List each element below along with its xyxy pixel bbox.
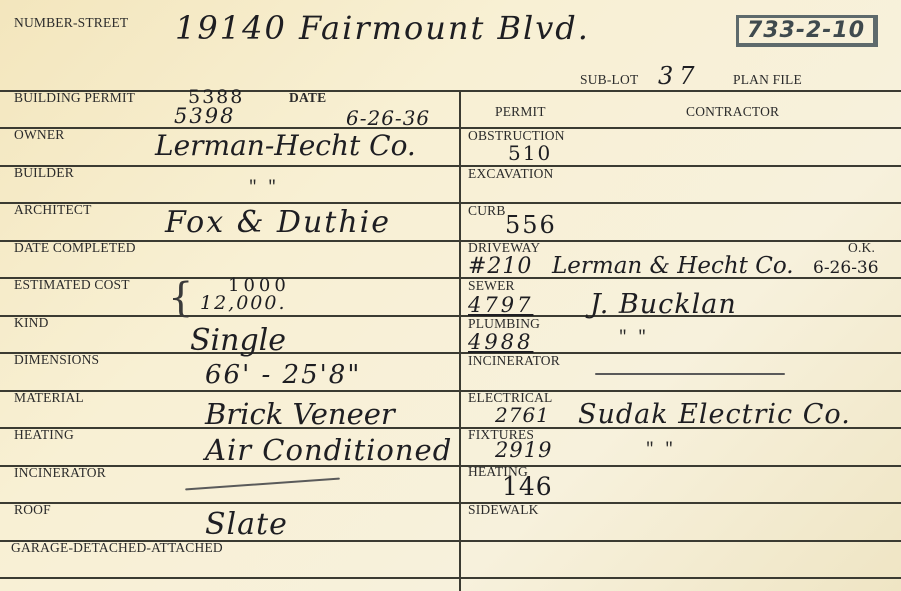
obstruction-permit: 510 xyxy=(508,143,552,163)
heating-permit: 146 xyxy=(502,474,553,499)
plumbing-permit: 4988 xyxy=(468,332,533,353)
garage-label: GARAGE-DETACHED-ATTACHED xyxy=(11,541,223,555)
date-label: DATE xyxy=(289,91,326,105)
curb-label: CURB xyxy=(468,204,506,218)
fixtures-ditto: " " xyxy=(645,440,674,458)
rule xyxy=(0,502,901,504)
builder-ditto: " " xyxy=(248,178,277,196)
dimensions-label: DIMENSIONS xyxy=(14,353,99,367)
date-value: 6-26-36 xyxy=(346,108,430,128)
kind-value: Single xyxy=(190,326,286,356)
driveway-permit: #210 xyxy=(468,256,532,278)
material-value: Brick Veneer xyxy=(205,400,395,429)
dimensions-value: 66' - 25'8" xyxy=(205,362,361,388)
rule xyxy=(0,577,901,579)
excavation-label: EXCAVATION xyxy=(468,167,554,181)
electrical-permit: 2761 xyxy=(495,405,550,425)
permit-column-header: PERMIT xyxy=(495,105,546,119)
cost-brace: { xyxy=(168,278,193,318)
rule xyxy=(0,202,901,204)
electrical-contractor: Sudak Electric Co. xyxy=(578,401,851,428)
sidewalk-label: SIDEWALK xyxy=(468,503,539,517)
building-permit-label: BUILDING PERMIT xyxy=(14,91,135,105)
rule xyxy=(0,90,901,92)
curb-permit: 556 xyxy=(505,213,557,237)
rule xyxy=(0,352,901,354)
plumbing-ditto: " " xyxy=(618,328,647,346)
heating-label: HEATING xyxy=(14,428,74,442)
driveway-contractor: Lerman & Hecht Co. xyxy=(552,255,794,278)
plan-file-label: PLAN FILE xyxy=(733,73,802,87)
permit-card: NUMBER-STREET 19140 Fairmount Blvd. 733-… xyxy=(0,0,901,591)
incinerator-permit-label: INCINERATOR xyxy=(468,354,560,368)
estimated-cost-value-2: 12,000. xyxy=(200,294,287,313)
roof-value: Slate xyxy=(205,510,288,540)
incinerator-dash xyxy=(185,478,340,490)
material-label: MATERIAL xyxy=(14,391,84,405)
building-permit-value-2: 5398 xyxy=(174,106,235,127)
fixtures-permit: 2919 xyxy=(495,440,552,461)
builder-label: BUILDER xyxy=(14,166,74,180)
owner-value: Lerman-Hecht Co. xyxy=(155,132,416,160)
heating-value: Air Conditioned xyxy=(205,436,452,465)
roof-label: ROOF xyxy=(14,503,51,517)
number-street-label: NUMBER-STREET xyxy=(14,16,128,30)
number-street-value: 19140 Fairmount Blvd. xyxy=(175,12,590,44)
sewer-contractor: J. Bucklan xyxy=(590,291,737,318)
estimated-cost-label: ESTIMATED COST xyxy=(14,278,130,292)
driveway-date: 6-26-36 xyxy=(813,260,879,277)
rule xyxy=(0,390,901,392)
driveway-label: DRIVEWAY xyxy=(468,241,540,255)
architect-value: Fox & Duthie xyxy=(165,208,391,238)
file-number-stamp: 733-2-10 xyxy=(736,15,878,47)
contractor-column-header: CONTRACTOR xyxy=(686,105,779,119)
sewer-permit: 4797 xyxy=(468,295,533,316)
date-completed-label: DATE COMPLETED xyxy=(14,241,136,255)
incinerator-label: INCINERATOR xyxy=(14,466,106,480)
architect-label: ARCHITECT xyxy=(14,203,92,217)
rule xyxy=(0,165,901,167)
sewer-label: SEWER xyxy=(468,279,515,293)
rule xyxy=(0,127,901,129)
kind-label: KIND xyxy=(14,316,49,330)
owner-label: OWNER xyxy=(14,128,65,142)
sub-lot-label: SUB-LOT xyxy=(580,73,638,87)
driveway-ok: O.K. xyxy=(848,241,875,255)
sub-lot-value: 37 xyxy=(658,64,701,88)
column-divider xyxy=(459,90,461,591)
incinerator-permit-dash xyxy=(595,373,785,375)
rule xyxy=(0,315,901,317)
plumbing-label: PLUMBING xyxy=(468,317,540,331)
